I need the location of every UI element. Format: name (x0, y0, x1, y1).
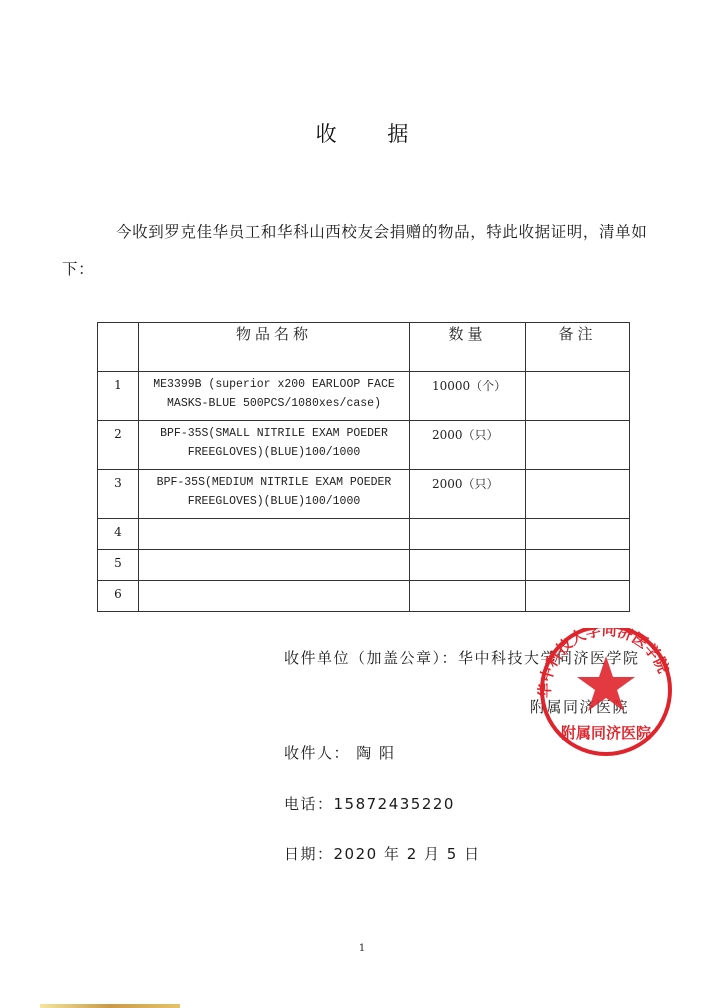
item-name-cell: BPF-35S(SMALL NITRILE EXAM POEDER FREEGL… (139, 421, 410, 470)
item-quantity: 10000（个） (410, 372, 525, 394)
header-note: 备注 (526, 323, 630, 372)
table-row: 3 BPF-35S(MEDIUM NITRILE EXAM POEDER FRE… (98, 470, 630, 519)
item-name-line: BPF-35S(SMALL NITRILE EXAM POEDER (139, 421, 409, 443)
item-name-cell (139, 550, 410, 581)
item-quantity (410, 581, 526, 612)
table-row: 6 (98, 581, 630, 612)
header-item-name: 物品名称 (139, 323, 410, 372)
row-index: 5 (98, 550, 138, 570)
intro-paragraph: 今收到罗克佳华员工和华科山西校友会捐赠的物品，特此收据证明，清单如下： (62, 214, 672, 288)
item-name-line: FREEGLOVES)(BLUE)100/1000 (139, 492, 409, 511)
table-row: 1 ME3399B (superior x200 EARLOOP FACE MA… (98, 372, 630, 421)
item-name-cell: ME3399B (superior x200 EARLOOP FACE MASK… (139, 372, 410, 421)
item-name-line: BPF-35S(MEDIUM NITRILE EXAM POEDER (139, 470, 409, 492)
item-quantity (410, 519, 526, 550)
row-index: 2 (98, 421, 138, 441)
item-name-cell (139, 519, 410, 550)
item-note (526, 372, 630, 421)
item-note (526, 550, 630, 581)
header-quantity: 数量 (410, 323, 526, 372)
item-note (526, 421, 630, 470)
item-name-cell (139, 581, 410, 612)
table-row: 4 (98, 519, 630, 550)
item-name-line: FREEGLOVES)(BLUE)100/1000 (139, 443, 409, 462)
document-title: 收 据 (0, 118, 724, 148)
page-number: 1 (0, 943, 724, 954)
row-index: 1 (98, 372, 138, 392)
row-index: 3 (98, 470, 138, 490)
item-quantity (410, 550, 526, 581)
item-note (526, 519, 630, 550)
row-index: 6 (98, 581, 138, 601)
receipt-date: 日期：2020 年 2 月 5 日 (284, 843, 481, 864)
header-index (98, 323, 139, 372)
recipient-person: 收件人： 陶 阳 (284, 742, 396, 763)
seal-bottom-text: 附属同济医院 (561, 724, 651, 742)
item-name-cell: BPF-35S(MEDIUM NITRILE EXAM POEDER FREEG… (139, 470, 410, 519)
table-row: 2 BPF-35S(SMALL NITRILE EXAM POEDER FREE… (98, 421, 630, 470)
official-seal-icon: 华中科技大学同济医学院 附属同济医院 (520, 628, 692, 758)
row-index: 4 (98, 519, 138, 539)
table-row: 5 (98, 550, 630, 581)
item-name-line: ME3399B (superior x200 EARLOOP FACE (139, 372, 409, 394)
scan-edge-artifact (40, 1004, 180, 1008)
recipient-phone: 电话：15872435220 (284, 793, 455, 814)
item-quantity: 2000（只） (410, 470, 525, 492)
item-note (526, 470, 630, 519)
item-quantity: 2000（只） (410, 421, 525, 443)
item-note (526, 581, 630, 612)
item-name-line: MASKS-BLUE 500PCS/1080xes/case) (139, 394, 409, 413)
items-table: 物品名称 数量 备注 1 ME3399B (superior x200 EARL… (97, 322, 630, 612)
table-header-row: 物品名称 数量 备注 (98, 323, 630, 372)
